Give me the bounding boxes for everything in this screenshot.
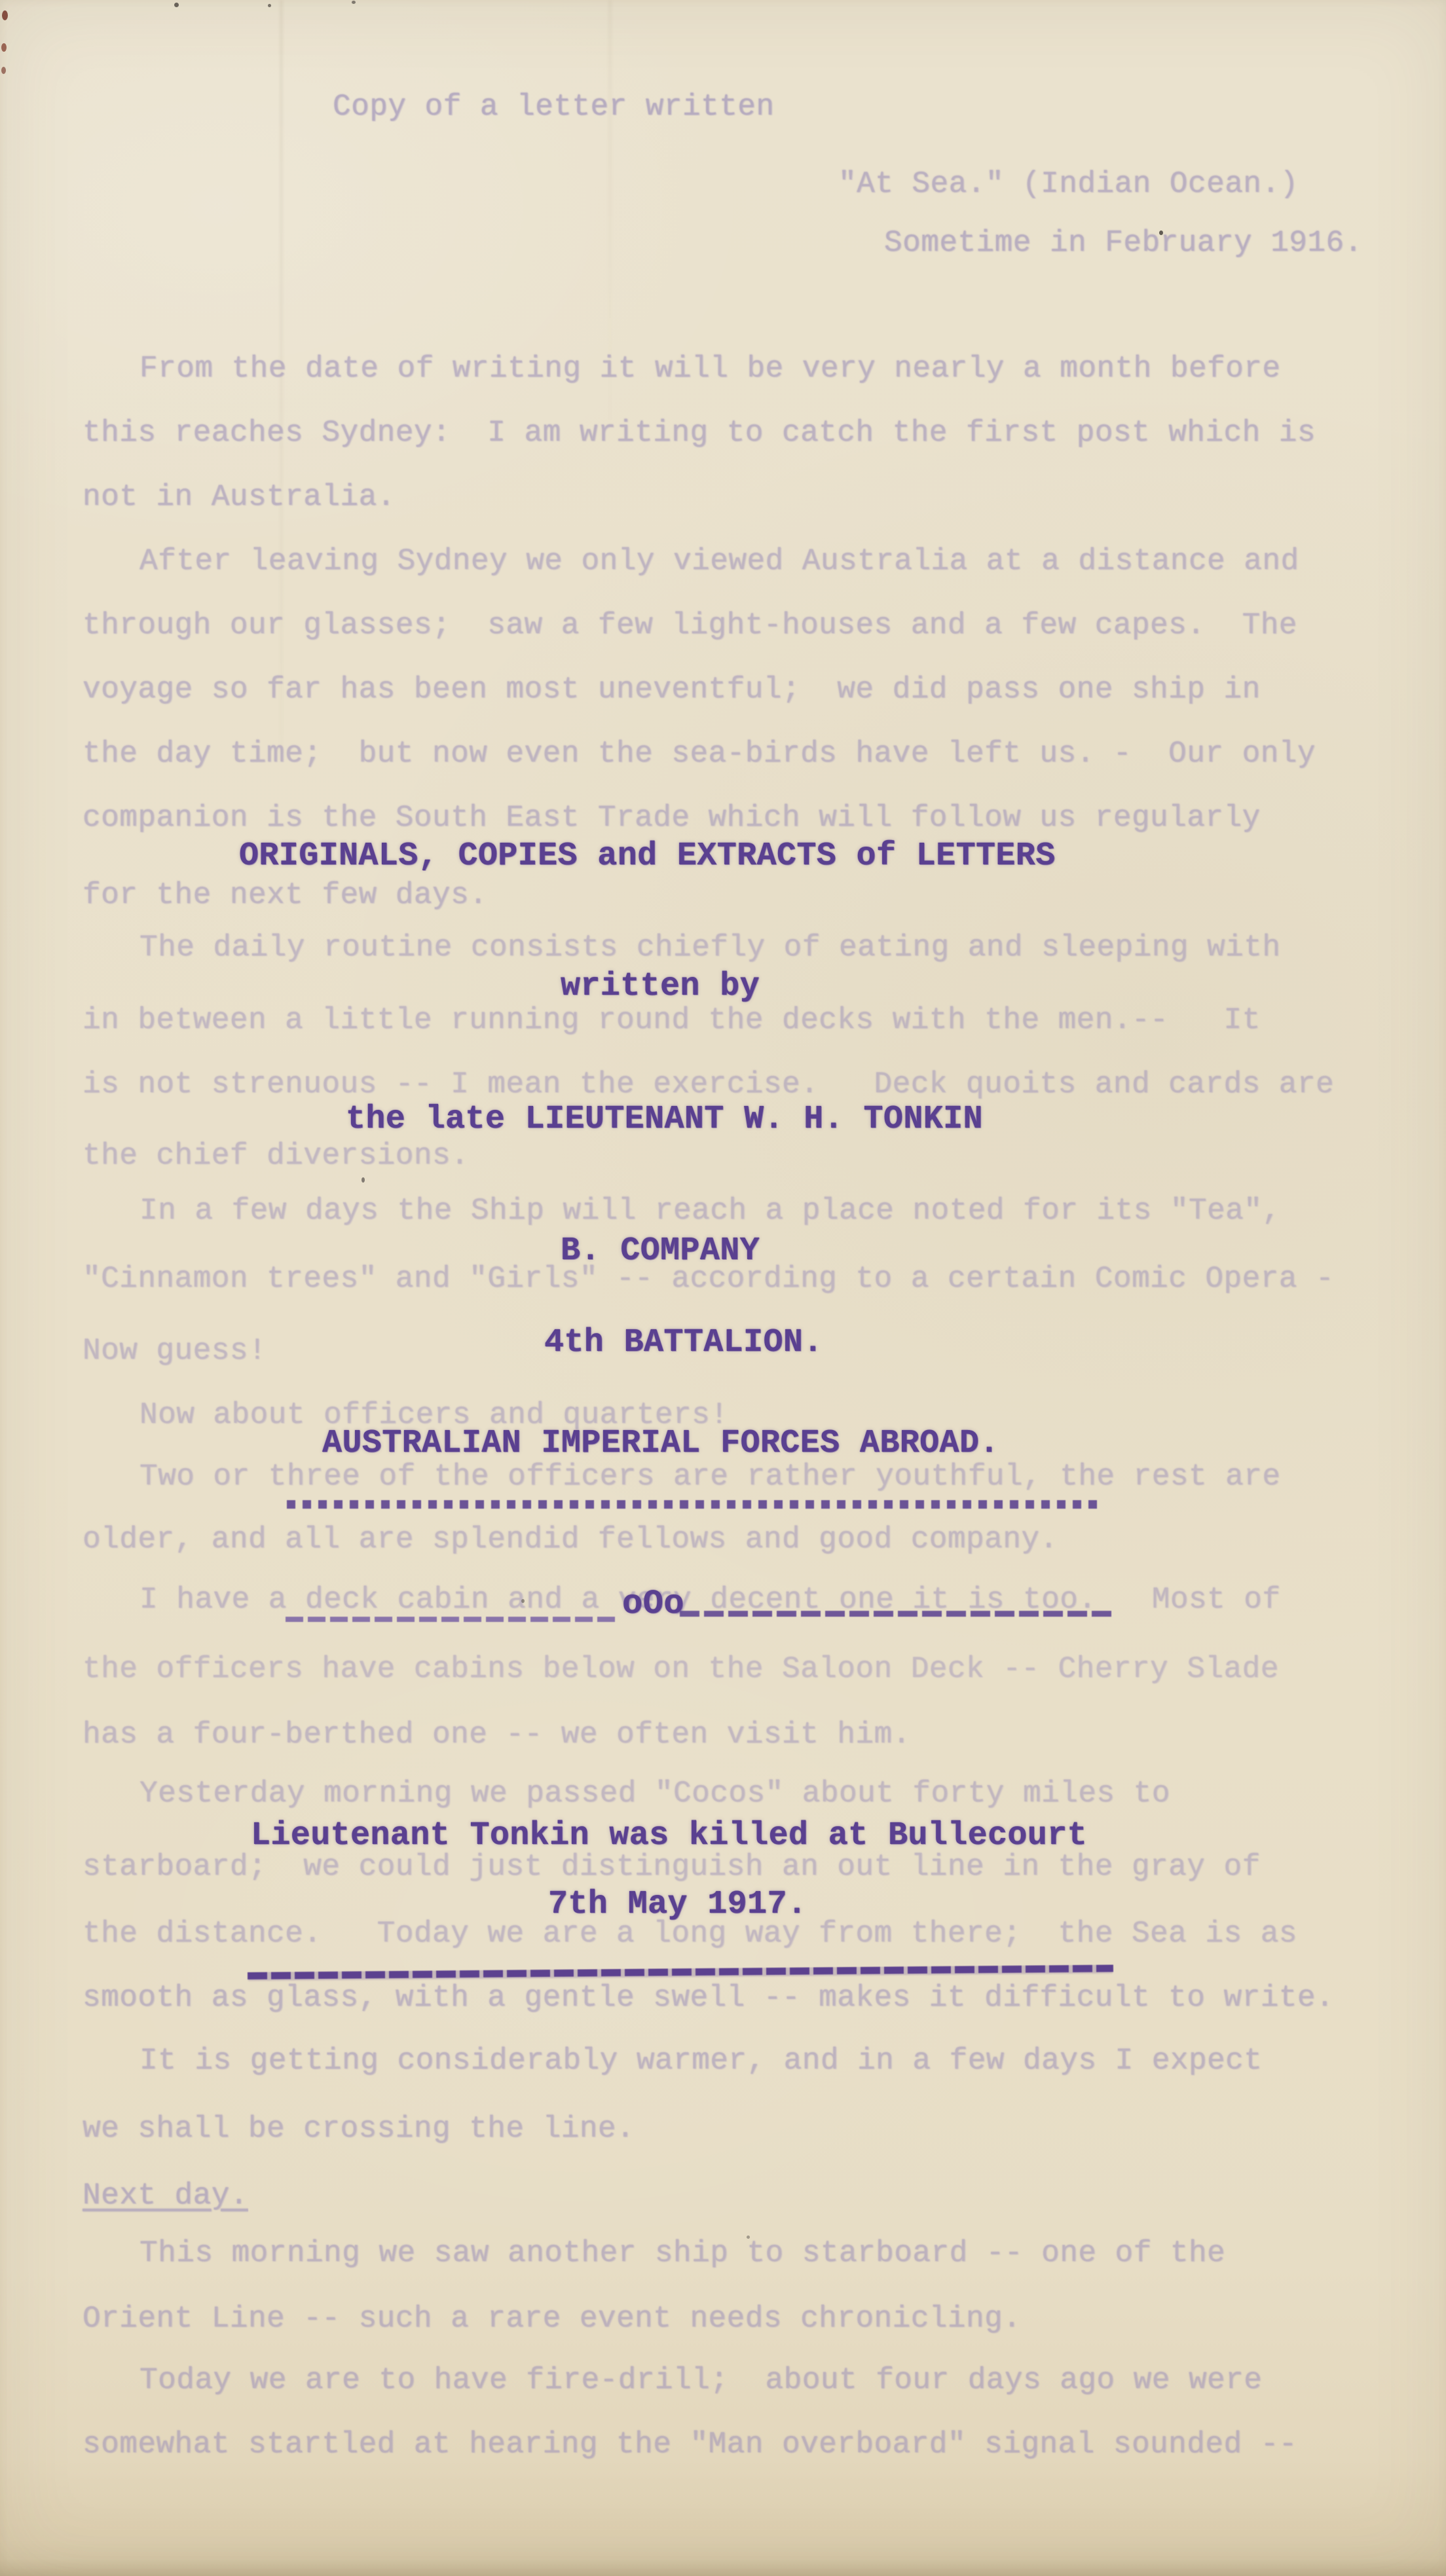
- dotted-rule: [287, 1500, 1099, 1509]
- ink-speck: [268, 4, 271, 7]
- ink-speck: [1, 67, 6, 74]
- ghost-line: starboard; we could just distinguish an …: [83, 1852, 1261, 1882]
- ornament-rule-right: [680, 1611, 1113, 1617]
- ghost-line: older, and all are splendid fellows and …: [83, 1524, 1058, 1555]
- ghost-line: through our glasses; saw a few light-hou…: [83, 610, 1297, 640]
- ink-speck: [521, 1599, 525, 1603]
- ghost-line: The daily routine consists chiefly of ea…: [139, 932, 1280, 963]
- paper-crease: [609, 0, 611, 458]
- title-line-memorial-line1: Lieutenant Tonkin was killed at Bullecou…: [251, 1820, 1087, 1852]
- title-line-author: the late LIEUTENANT W. H. TONKIN: [346, 1103, 983, 1136]
- ink-speck: [1159, 230, 1163, 235]
- ghost-line: voyage so far has been most uneventful; …: [83, 674, 1261, 705]
- ghost-line: Next day.: [83, 2180, 248, 2211]
- ghost-line: Copy of a letter written: [333, 92, 775, 122]
- title-line-force: AUSTRALIAN IMPERIAL FORCES ABROAD.: [322, 1427, 999, 1460]
- ghost-line: somewhat startled at hearing the "Man ov…: [83, 2429, 1297, 2459]
- ghost-line: smooth as glass, with a gentle swell -- …: [83, 1983, 1334, 2013]
- ink-speck: [174, 3, 179, 7]
- letter-page: Copy of a letter written"At Sea." (India…: [0, 0, 1446, 2576]
- ghost-line: is not strenuous -- I mean the exercise.…: [83, 1069, 1334, 1099]
- ink-speck: [747, 2236, 750, 2239]
- title-line-memorial-line2: 7th May 1917.: [548, 1888, 807, 1921]
- title-line-byline: written by: [561, 970, 760, 1003]
- ink-speck: [2, 10, 8, 20]
- ghost-line: Today we are to have fire-drill; about f…: [139, 2365, 1262, 2395]
- ghost-line: After leaving Sydney we only viewed Aust…: [139, 546, 1299, 576]
- ink-speck: [361, 1177, 365, 1183]
- ghost-line: From the date of writing it will be very…: [139, 354, 1280, 384]
- title-line-company: B. COMPANY: [561, 1235, 760, 1268]
- memorial-underline-rule: [248, 1964, 1113, 1979]
- ghost-line: this reaches Sydney: I am writing to cat…: [83, 418, 1316, 448]
- ghost-line: "At Sea." (Indian Ocean.): [838, 169, 1299, 199]
- ghost-line: Yesterday morning we passed "Cocos" abou…: [139, 1778, 1170, 1809]
- ink-speck: [1, 43, 7, 52]
- ornament-rule-left: [286, 1617, 617, 1622]
- ghost-line: Now guess!: [83, 1336, 267, 1366]
- ghost-line: companion is the South East Trade which …: [83, 803, 1261, 833]
- ghost-line: has a four-berthed one -- we often visit…: [83, 1720, 911, 1750]
- ghost-line: Two or three of the officers are rather …: [139, 1462, 1280, 1492]
- ghost-line: for the next few days.: [83, 880, 487, 910]
- page-bottom-edge: [0, 2559, 1446, 2576]
- ink-speck: [352, 1, 356, 4]
- ghost-line: Sometime in February 1916.: [884, 228, 1363, 258]
- ghost-line: the chief diversions.: [83, 1141, 469, 1171]
- ghost-line: in between a little running round the de…: [83, 1005, 1261, 1035]
- ghost-line: Orient Line -- such a rare event needs c…: [83, 2304, 1021, 2334]
- ghost-line: the officers have cabins below on the Sa…: [83, 1654, 1279, 1684]
- title-line-battalion: 4th BATTALION.: [544, 1327, 823, 1359]
- title-line-ornament: oOo: [622, 1587, 684, 1621]
- ghost-line: the day time; but now even the sea-birds…: [83, 739, 1316, 769]
- title-line-heading: ORIGINALS, COPIES and EXTRACTS of LETTER…: [239, 840, 1056, 873]
- ghost-line: we shall be crossing the line.: [83, 2114, 635, 2144]
- ghost-line: In a few days the Ship will reach a plac…: [139, 1196, 1280, 1226]
- ghost-line: not in Australia.: [83, 482, 396, 512]
- ghost-line: It is getting considerably warmer, and i…: [139, 2046, 1262, 2076]
- ghost-line: This morning we saw another ship to star…: [139, 2238, 1225, 2268]
